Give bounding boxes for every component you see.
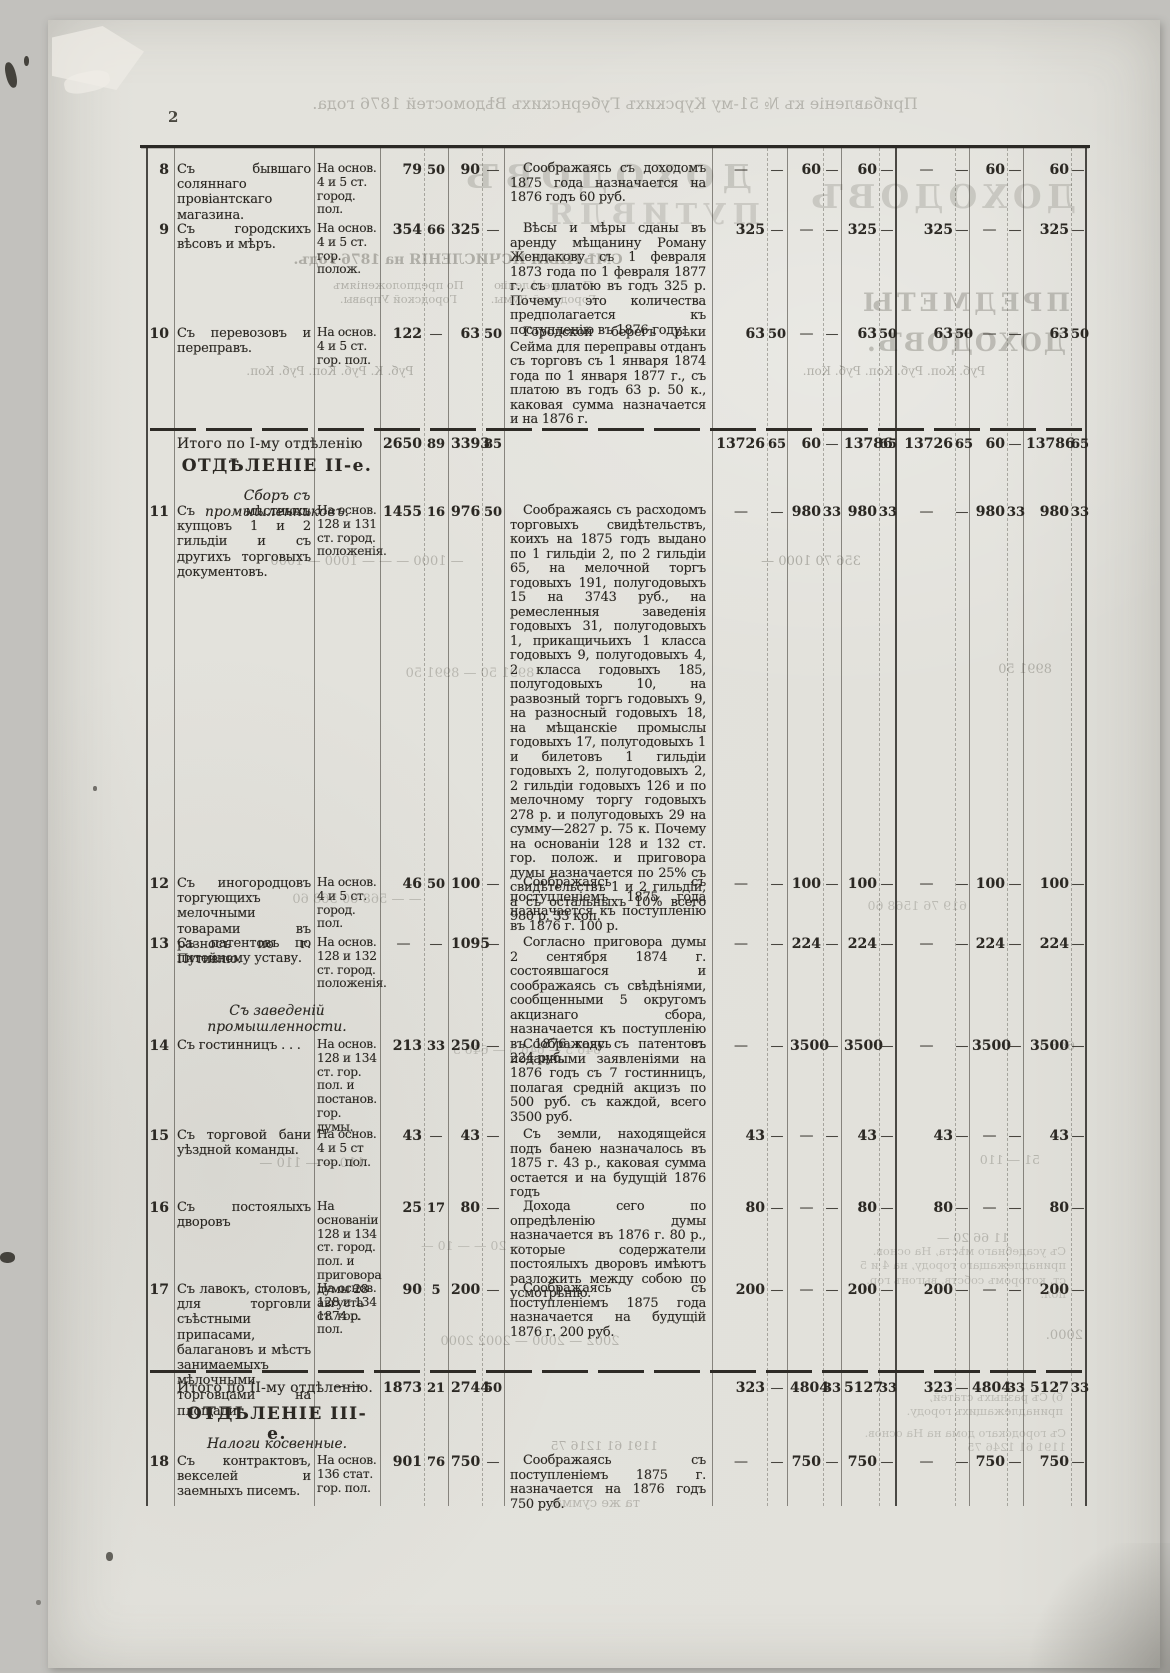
amount-rub: — (969, 1200, 1007, 1216)
amount-kop: — (955, 1038, 969, 1054)
legal-basis: На основ. 128 и 132 ст. город. положенія… (314, 936, 380, 991)
row-number: 18 (146, 1454, 174, 1470)
item-description: Съ лавокъ, столовъ, для торговли съѣстны… (174, 1282, 314, 1419)
amount-rub: 60 (969, 162, 1007, 178)
amount-kop: 33 (1071, 504, 1085, 520)
amount-rub: 4804 (787, 1380, 823, 1396)
amount-kop: — (482, 1038, 504, 1054)
explanation: Соображаясь съ доходомъ 1875 года назнач… (504, 162, 712, 206)
amount-kop: — (1007, 1454, 1023, 1470)
amount-kop: — (955, 1454, 969, 1470)
amount-rub: 325 (895, 222, 955, 238)
amount-kop: — (955, 876, 969, 892)
amount-kop: — (879, 162, 895, 178)
amount-rub: — (969, 1128, 1007, 1144)
amount-rub: 224 (787, 936, 823, 952)
amount-kop: — (482, 222, 504, 238)
amount-rub: 122 (380, 326, 424, 342)
amount-kop: 50 (482, 1380, 504, 1396)
amount-rub: 63 (841, 326, 879, 342)
amount-kop: — (1071, 162, 1085, 178)
amount-rub: 1455 (380, 504, 424, 520)
amount-rub: — (895, 504, 955, 520)
amount-rub: 13726 (712, 436, 767, 452)
amount-rub: 750 (787, 1454, 823, 1470)
ink-speck (24, 56, 29, 66)
amount-rub: 63 (1023, 326, 1071, 342)
explanation: Соображаясь съ поступленіемъ 1875 года н… (504, 876, 712, 934)
amount-rub: 90 (448, 162, 482, 178)
amount-kop: — (1007, 1200, 1023, 1216)
row-number: 10 (146, 326, 174, 342)
amount-rub: 250 (448, 1038, 482, 1054)
amount-kop: — (767, 504, 787, 520)
amount-kop: — (1071, 1200, 1085, 1216)
amount-kop: 5 (424, 1282, 448, 1298)
amount-kop: 85 (482, 436, 504, 452)
amount-kop: — (955, 1200, 969, 1216)
amount-kop: 50 (1071, 326, 1085, 342)
amount-kop: — (1071, 222, 1085, 238)
amount-kop: — (1007, 1282, 1023, 1298)
amount-rub: 25 (380, 1200, 424, 1216)
amount-rub: 224 (841, 936, 879, 952)
amount-rub: 1873 (380, 1380, 424, 1396)
amount-rub: — (895, 162, 955, 178)
amount-rub: 3500 (841, 1038, 879, 1054)
amount-kop: — (823, 1128, 841, 1144)
amount-kop: — (482, 876, 504, 892)
explanation: Соображаясь съ поступленіемъ 1875 г. наз… (504, 1454, 712, 1512)
amount-kop: — (955, 222, 969, 238)
amount-kop: — (424, 326, 448, 342)
explanation: Соображаясь съ поданными заявленіями на … (504, 1038, 712, 1125)
amount-kop: 66 (424, 222, 448, 238)
amount-rub: 60 (787, 162, 823, 178)
table-row: 8Съ бывшаго соляннаго провіантскаго мага… (146, 162, 1085, 223)
item-description: Съ бывшаго соляннаго провіантскаго магаз… (174, 162, 314, 223)
amount-kop: — (1071, 876, 1085, 892)
ink-speck (0, 1252, 15, 1263)
amount-kop: — (482, 1128, 504, 1144)
amount-kop: — (767, 936, 787, 952)
amount-rub: 901 (380, 1454, 424, 1470)
amount-kop: 21 (424, 1380, 448, 1396)
row-number: 15 (146, 1128, 174, 1144)
amount-rub: 100 (787, 876, 823, 892)
amount-rub: 325 (448, 222, 482, 238)
amount-kop: 16 (424, 504, 448, 520)
amount-rub: 13726 (895, 436, 955, 452)
amount-rub: 100 (969, 876, 1007, 892)
amount-rub: 4804 (969, 1380, 1007, 1396)
amount-rub: — (712, 1454, 767, 1470)
amount-rub: 323 (712, 1380, 767, 1396)
amount-rub: 980 (969, 504, 1007, 520)
amount-rub: 354 (380, 222, 424, 238)
table-row: Налоги косвенные. (146, 1436, 1085, 1452)
item-description: Съ патентовъ по питейному уставу. (174, 936, 314, 966)
amount-kop: — (879, 1128, 895, 1144)
item-description: Съ торговой бани уѣздной команды. (174, 1128, 314, 1158)
amount-rub: 213 (380, 1038, 424, 1054)
amount-kop: — (767, 1038, 787, 1054)
amount-kop: — (955, 1380, 969, 1396)
amount-rub: — (787, 326, 823, 342)
amount-rub: 80 (448, 1200, 482, 1216)
amount-kop: — (955, 504, 969, 520)
table-row: 17Съ лавокъ, столовъ, для торговли съѣст… (146, 1282, 1085, 1419)
legal-basis: На основ. 128 и 134 ст. гор. пол. и пост… (314, 1038, 380, 1135)
amount-kop: 65 (879, 436, 895, 452)
amount-kop: 33 (879, 504, 895, 520)
amount-rub: 100 (841, 876, 879, 892)
amount-kop: 50 (955, 326, 969, 342)
amount-rub: 80 (712, 1200, 767, 1216)
amount-kop: — (767, 162, 787, 178)
amount-kop: 33 (1007, 1380, 1023, 1396)
amount-rub: 323 (895, 1380, 955, 1396)
amount-kop: — (767, 222, 787, 238)
amount-kop: — (767, 876, 787, 892)
amount-kop: — (1007, 1038, 1023, 1054)
amount-kop: 33 (1007, 504, 1023, 520)
amount-rub: 43 (448, 1128, 482, 1144)
amount-kop: — (767, 1282, 787, 1298)
amount-rub: 5127 (841, 1380, 879, 1396)
total-label: Итого по II-му отдѣленію. (174, 1380, 314, 1396)
amount-kop: — (1007, 222, 1023, 238)
amount-kop: — (482, 936, 504, 952)
amount-kop: — (1007, 326, 1023, 342)
amount-kop: — (1071, 936, 1085, 952)
amount-rub: — (787, 222, 823, 238)
amount-kop: — (482, 1200, 504, 1216)
amount-kop: 50 (767, 326, 787, 342)
amount-kop: 89 (424, 436, 448, 452)
amount-rub: — (969, 222, 1007, 238)
amount-rub: 63 (895, 326, 955, 342)
amount-kop: — (1071, 1454, 1085, 1470)
amount-kop: 50 (482, 504, 504, 520)
amount-rub: 750 (841, 1454, 879, 1470)
legal-basis: На основ. 4 и 5 ст. гор. полож. (314, 222, 380, 277)
legal-basis: На основ. 4 и 5 ст гор. пол. (314, 1128, 380, 1169)
row-number: 14 (146, 1038, 174, 1054)
amount-kop: — (1007, 876, 1023, 892)
amount-kop: — (823, 1282, 841, 1298)
amount-rub: 200 (895, 1282, 955, 1298)
amount-rub: 90 (380, 1282, 424, 1298)
amount-kop: — (823, 876, 841, 892)
item-description: Съ перевозовъ и переправъ. (174, 326, 314, 356)
table-row: 10Съ перевозовъ и переправъ.На основ. 4 … (146, 326, 1085, 428)
legal-basis: На основ. 128 и 131 ст. город. положенія… (314, 504, 380, 559)
amount-kop: — (955, 936, 969, 952)
explanation: Городской берегъ рѣки Сейма для переправ… (504, 326, 712, 428)
amount-rub: — (787, 1128, 823, 1144)
table-row: 9Съ городскихъ вѣсовъ и мѣръ.На основ. 4… (146, 222, 1085, 338)
amount-rub: 3393 (448, 436, 482, 452)
amount-kop: 33 (879, 1380, 895, 1396)
section-total-rule (150, 428, 1082, 431)
amount-rub: 46 (380, 876, 424, 892)
amount-rub: — (380, 936, 424, 952)
amount-kop: — (823, 162, 841, 178)
item-description: Съ контрактовъ, векселей и заемныхъ писе… (174, 1454, 314, 1500)
table-row: ОТДѢЛЕНІЕ II-е. (146, 456, 1085, 476)
amount-rub: 100 (1023, 876, 1071, 892)
amount-kop: 33 (424, 1038, 448, 1054)
amount-kop: — (482, 1454, 504, 1470)
amount-kop: — (482, 162, 504, 178)
amount-rub: 63 (448, 326, 482, 342)
amount-rub: 2650 (380, 436, 424, 452)
amount-rub: 1095 (448, 936, 482, 952)
row-number: 13 (146, 936, 174, 952)
ink-speck (93, 786, 97, 791)
amount-kop: — (823, 222, 841, 238)
amount-rub: 43 (712, 1128, 767, 1144)
amount-kop: — (879, 1454, 895, 1470)
amount-rub: — (969, 1282, 1007, 1298)
amount-kop: — (879, 1282, 895, 1298)
amount-kop: 50 (424, 162, 448, 178)
amount-kop: 33 (823, 504, 841, 520)
amount-kop: — (1071, 1038, 1085, 1054)
table-column-line (1085, 148, 1087, 1506)
amount-rub: 43 (895, 1128, 955, 1144)
amount-rub: — (895, 1038, 955, 1054)
amount-kop: — (823, 1200, 841, 1216)
table-top-border (140, 145, 1090, 148)
amount-kop: — (1007, 162, 1023, 178)
section-heading: ОТДѢЛЕНІЕ II-е. (174, 456, 380, 476)
amount-rub: — (969, 326, 1007, 342)
amount-rub: 750 (969, 1454, 1007, 1470)
amount-rub: 60 (841, 162, 879, 178)
amount-kop: 50 (482, 326, 504, 342)
amount-rub: — (712, 936, 767, 952)
item-description: Съ постоялыхъ дворовъ (174, 1200, 314, 1230)
amount-rub: 60 (787, 436, 823, 452)
amount-rub: 750 (448, 1454, 482, 1470)
amount-rub: — (712, 162, 767, 178)
amount-rub: 79 (380, 162, 424, 178)
table-row: 11Съ мѣстныхъ купцовъ 1 и 2 гильдіи и съ… (146, 504, 1085, 925)
amount-kop: — (767, 1128, 787, 1144)
explanation: Вѣсы и мѣры сданы въ аренду мѣщанину Ром… (504, 222, 712, 338)
amount-rub: — (712, 504, 767, 520)
subsection-heading: Съ заведеній промышленности. (174, 1003, 380, 1035)
amount-kop: — (424, 936, 448, 952)
amount-rub: 200 (841, 1282, 879, 1298)
amount-rub: 750 (1023, 1454, 1071, 1470)
row-number: 17 (146, 1282, 174, 1298)
amount-rub: 80 (1023, 1200, 1071, 1216)
amount-kop: — (767, 1380, 787, 1396)
amount-kop: — (823, 326, 841, 342)
table-row: 14Съ гостинницъ . . .На основ. 128 и 134… (146, 1038, 1085, 1135)
subsection-heading: Налоги косвенные. (174, 1436, 380, 1452)
legal-basis: На основ. 128 и 134 ст. гор. пол. (314, 1282, 380, 1337)
explanation: Соображаясь съ поступленіемъ 1875 года н… (504, 1282, 712, 1340)
amount-rub: 224 (1023, 936, 1071, 952)
amount-kop: — (1007, 936, 1023, 952)
total-label: Итого по I-му отдѣленію (174, 436, 314, 452)
legal-basis: На основ. 4 и 5 ст. гор. пол. (314, 326, 380, 367)
amount-rub: 980 (841, 504, 879, 520)
amount-kop: 33 (1071, 1380, 1085, 1396)
amount-kop: 50 (879, 326, 895, 342)
amount-rub: 100 (448, 876, 482, 892)
amount-kop: 17 (424, 1200, 448, 1216)
amount-kop: — (1071, 1128, 1085, 1144)
amount-rub: — (895, 876, 955, 892)
amount-rub: 3500 (969, 1038, 1007, 1054)
row-number: 9 (146, 222, 174, 238)
budget-table: 8Съ бывшаго соляннаго провіантскаго мага… (146, 148, 1085, 1516)
amount-kop: 76 (424, 1454, 448, 1470)
table-row: Итого по II-му отдѣленію.— —187321274450… (146, 1380, 1085, 1396)
amount-kop: — (1007, 1128, 1023, 1144)
amount-kop: — (879, 1200, 895, 1216)
amount-kop: — (879, 222, 895, 238)
table-row: 15Съ торговой бани уѣздной команды.На ос… (146, 1128, 1085, 1201)
amount-rub: 980 (787, 504, 823, 520)
amount-rub: 3500 (787, 1038, 823, 1054)
document-scan: { "page": { "number": "2", "ghost_header… (0, 0, 1170, 1673)
amount-kop: 33 (823, 1380, 841, 1396)
row-number: 12 (146, 876, 174, 892)
amount-rub: 3500 (1023, 1038, 1071, 1054)
item-description: Съ мѣстныхъ купцовъ 1 и 2 гильдіи и съ д… (174, 504, 314, 580)
row-number: 16 (146, 1200, 174, 1216)
amount-rub: 200 (448, 1282, 482, 1298)
amount-kop: — (823, 936, 841, 952)
amount-rub: — (712, 876, 767, 892)
legal-basis: На основ. 136 стат. гор. пол. (314, 1454, 380, 1495)
amount-kop: — (879, 1038, 895, 1054)
row-number: 11 (146, 504, 174, 520)
amount-rub: 5127 (1023, 1380, 1071, 1396)
amount-kop: — (1071, 1282, 1085, 1298)
amount-rub: 980 (1023, 504, 1071, 520)
amount-rub: 43 (1023, 1128, 1071, 1144)
amount-rub: — (895, 936, 955, 952)
explanation: Съ земли, находящейся подъ банею назнача… (504, 1128, 712, 1201)
amount-kop: 50 (424, 876, 448, 892)
table-row: 18Съ контрактовъ, векселей и заемныхъ пи… (146, 1454, 1085, 1512)
amount-rub: 13786 (841, 436, 879, 452)
amount-rub: — (787, 1200, 823, 1216)
amount-rub: 224 (969, 936, 1007, 952)
amount-rub: 60 (969, 436, 1007, 452)
item-description: Съ гостинницъ . . . (174, 1038, 314, 1053)
amount-rub: 43 (841, 1128, 879, 1144)
amount-rub: — (895, 1454, 955, 1470)
amount-rub: — (712, 1038, 767, 1054)
table-row: Съ заведеній промышленности. (146, 1003, 1085, 1035)
amount-kop: — (1007, 436, 1023, 452)
amount-rub: 60 (1023, 162, 1071, 178)
ink-speck (36, 1600, 41, 1605)
amount-rub: 200 (1023, 1282, 1071, 1298)
amount-kop: 65 (767, 436, 787, 452)
amount-kop: — (767, 1200, 787, 1216)
legal-basis: На основ. 4 и 5 ст. город. пол. (314, 876, 380, 931)
amount-kop: — (879, 936, 895, 952)
amount-rub: 325 (841, 222, 879, 238)
amount-rub: — (787, 1282, 823, 1298)
page-corner-curl (1020, 1543, 1170, 1673)
amount-rub: 80 (895, 1200, 955, 1216)
legal-basis: — — (314, 1380, 380, 1394)
ink-speck (3, 61, 19, 89)
row-number: 8 (146, 162, 174, 178)
amount-kop: — (482, 1282, 504, 1298)
amount-rub: 2744 (448, 1380, 482, 1396)
amount-rub: 325 (712, 222, 767, 238)
amount-kop: — (823, 1454, 841, 1470)
item-description: Съ городскихъ вѣсовъ и мѣръ. (174, 222, 314, 252)
amount-rub: 80 (841, 1200, 879, 1216)
amount-rub: 200 (712, 1282, 767, 1298)
amount-kop: — (767, 1454, 787, 1470)
table-row: Итого по I-му отдѣленію26508933938513726… (146, 436, 1085, 452)
amount-rub: 325 (1023, 222, 1071, 238)
amount-kop: — (823, 1038, 841, 1054)
legal-basis: На основ. 4 и 5 ст. город. пол. (314, 162, 380, 217)
amount-kop: 65 (955, 436, 969, 452)
ink-speck (106, 1552, 113, 1561)
amount-kop: — (879, 876, 895, 892)
page-number: 2 (168, 108, 178, 126)
amount-rub: 976 (448, 504, 482, 520)
amount-rub: 13786 (1023, 436, 1071, 452)
amount-kop: — (823, 436, 841, 452)
amount-kop: 65 (1071, 436, 1085, 452)
amount-kop: — (955, 162, 969, 178)
explanation: Соображаясь съ расходомъ торговыхъ свидѣ… (504, 504, 712, 925)
amount-rub: 43 (380, 1128, 424, 1144)
amount-rub: 63 (712, 326, 767, 342)
amount-kop: — (955, 1282, 969, 1298)
amount-kop: — (955, 1128, 969, 1144)
amount-kop: — (424, 1128, 448, 1144)
